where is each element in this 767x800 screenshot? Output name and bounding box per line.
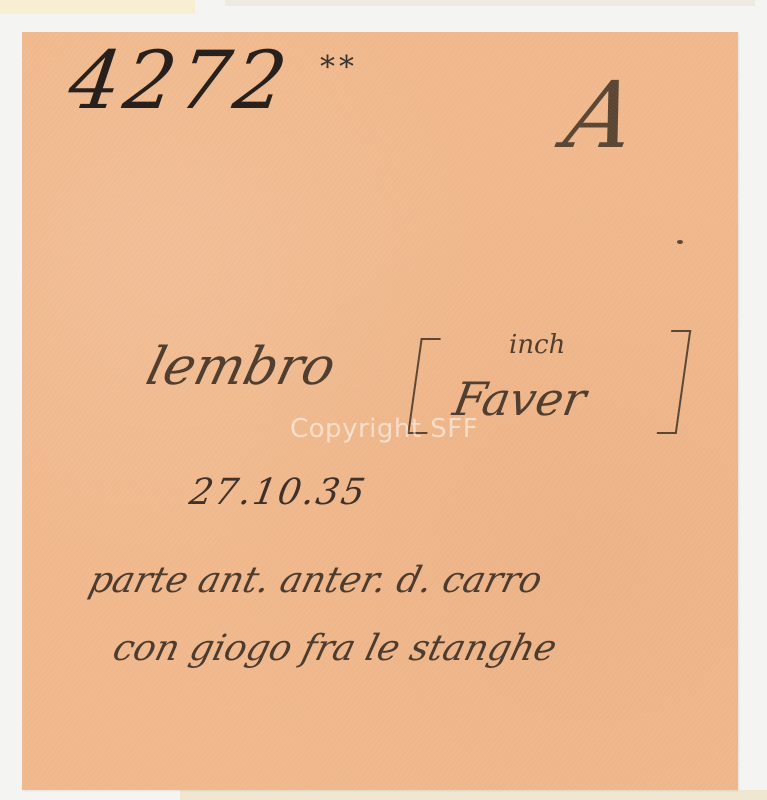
copyright-watermark: Copyright SFF xyxy=(290,414,478,444)
series-letter: A xyxy=(557,62,646,169)
top-paper-edge xyxy=(0,0,195,14)
bottom-paper-edge xyxy=(180,790,767,800)
ink-dot xyxy=(677,240,683,244)
catalog-star-marks: ** xyxy=(320,50,358,85)
bracket-note-top: inch xyxy=(509,330,565,360)
date: 27.10.35 xyxy=(186,472,370,513)
description-line-1: parte ant. anter. d. carro xyxy=(85,560,546,601)
description-line-2: con giogo fra le stanghe xyxy=(109,628,561,669)
catalog-number: 4272 xyxy=(63,34,296,127)
place-name: lembro xyxy=(141,337,342,397)
top-paper-edge-right xyxy=(225,0,755,6)
right-bracket xyxy=(657,330,692,434)
archival-card: 4272 ** A lembro inch Faver 27.10.35 par… xyxy=(22,32,738,790)
